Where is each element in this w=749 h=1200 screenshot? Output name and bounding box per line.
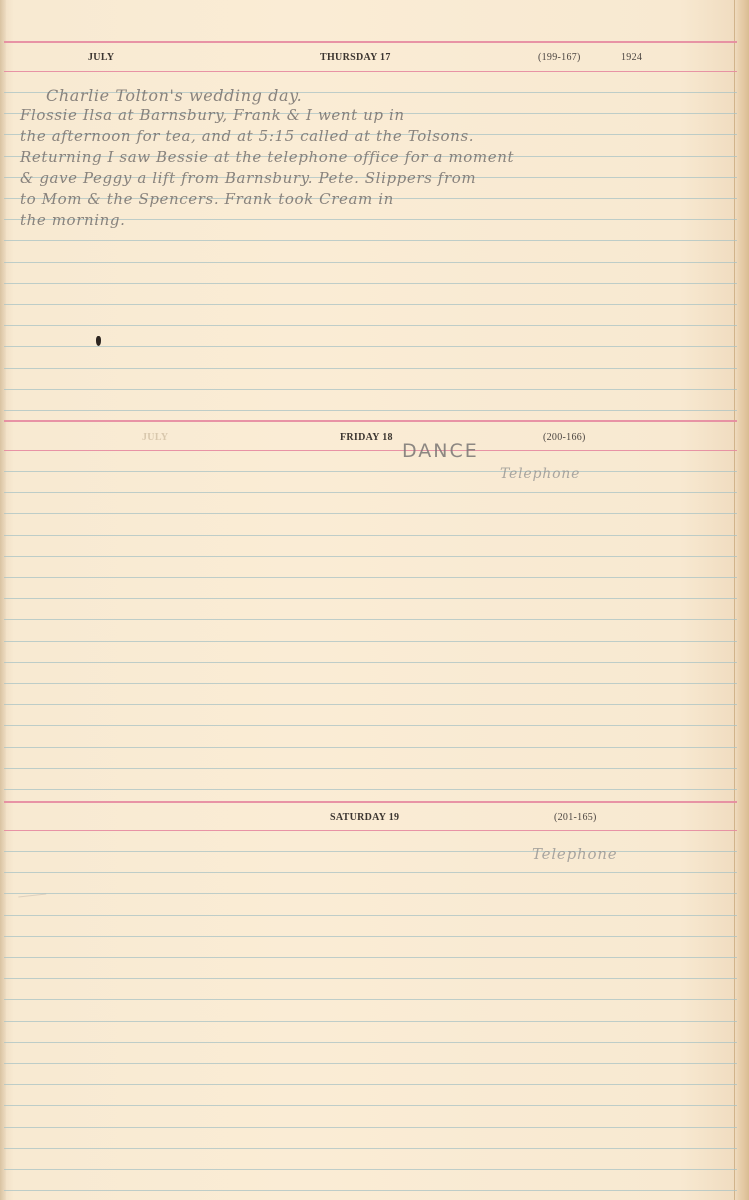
diary-page: JULY THURSDAY 17 (199-167) 1924 Charlie … <box>0 0 749 1200</box>
entry-line: to Mom & the Spencers. Frank took Cream … <box>20 190 394 208</box>
blue-rule <box>4 619 737 620</box>
blue-rule <box>4 915 737 916</box>
blue-rule <box>4 704 737 705</box>
blue-rule <box>4 978 737 979</box>
blue-rule <box>4 872 737 873</box>
blue-rule <box>4 577 737 578</box>
pink-rule <box>4 71 737 72</box>
blue-rule <box>4 556 737 557</box>
blue-rule <box>4 999 737 1000</box>
day-heading-thursday: THURSDAY 17 <box>320 52 391 63</box>
blue-rule <box>4 304 737 305</box>
blue-rule <box>4 1190 737 1191</box>
blue-rule <box>4 957 737 958</box>
blue-rule <box>4 492 737 493</box>
telephone-note-friday: Telephone <box>500 466 580 482</box>
dance-note: DANCE <box>402 440 479 462</box>
blue-rule <box>4 283 737 284</box>
blue-rule <box>4 325 737 326</box>
blue-rule <box>4 641 737 642</box>
year-label: 1924 <box>621 52 642 63</box>
blue-rule <box>4 725 737 726</box>
ink-blot <box>96 336 101 346</box>
entry-line: the afternoon for tea, and at 5:15 calle… <box>20 127 474 145</box>
blue-rule <box>4 1169 737 1170</box>
pink-rule <box>4 420 737 422</box>
blue-rule <box>4 513 737 514</box>
blue-rule <box>4 768 737 769</box>
blue-rule <box>4 598 737 599</box>
entry-line: & gave Peggy a lift from Barnsbury. Pete… <box>20 169 476 187</box>
page-edge <box>734 0 749 1200</box>
pink-rule <box>4 450 737 451</box>
blue-rule <box>4 789 737 790</box>
month-label: JULY <box>88 52 114 63</box>
blue-rule <box>4 1063 737 1064</box>
blue-rule <box>4 535 737 536</box>
page-binding <box>0 0 6 1200</box>
blue-rule <box>4 262 737 263</box>
blue-rule <box>4 240 737 241</box>
blue-rule <box>4 683 737 684</box>
blue-rule <box>4 1148 737 1149</box>
entry-line: Flossie Ilsa at Barnsbury, Frank & I wen… <box>20 106 405 124</box>
entry-line: Charlie Tolton's wedding day. <box>46 86 302 105</box>
blue-rule <box>4 1042 737 1043</box>
blue-rule <box>4 936 737 937</box>
blue-rule <box>4 410 737 411</box>
pink-rule <box>4 801 737 803</box>
day-heading-saturday: SATURDAY 19 <box>330 812 399 823</box>
day-count-thursday: (199-167) <box>538 52 581 63</box>
blue-rule <box>4 471 737 472</box>
pink-rule <box>4 41 737 43</box>
blue-rule <box>4 1105 737 1106</box>
blue-rule <box>4 662 737 663</box>
entry-line: the morning. <box>20 211 125 229</box>
blue-rule <box>4 1127 737 1128</box>
blue-rule <box>4 851 737 852</box>
blue-rule <box>4 747 737 748</box>
entry-line: Returning I saw Bessie at the telephone … <box>20 148 514 166</box>
blue-rule <box>4 346 737 347</box>
faded-month-label: JULY <box>142 432 168 443</box>
blue-rule <box>4 389 737 390</box>
blue-rule <box>4 368 737 369</box>
day-count-friday: (200-166) <box>543 432 586 443</box>
day-count-saturday: (201-165) <box>554 812 597 823</box>
day-heading-friday: FRIDAY 18 <box>340 432 393 443</box>
blue-rule <box>4 1021 737 1022</box>
blue-rule <box>4 893 737 894</box>
telephone-note-saturday: Telephone <box>532 845 617 863</box>
blue-rule <box>4 1084 737 1085</box>
faint-pencil-mark <box>18 888 47 898</box>
pink-rule <box>4 830 737 831</box>
